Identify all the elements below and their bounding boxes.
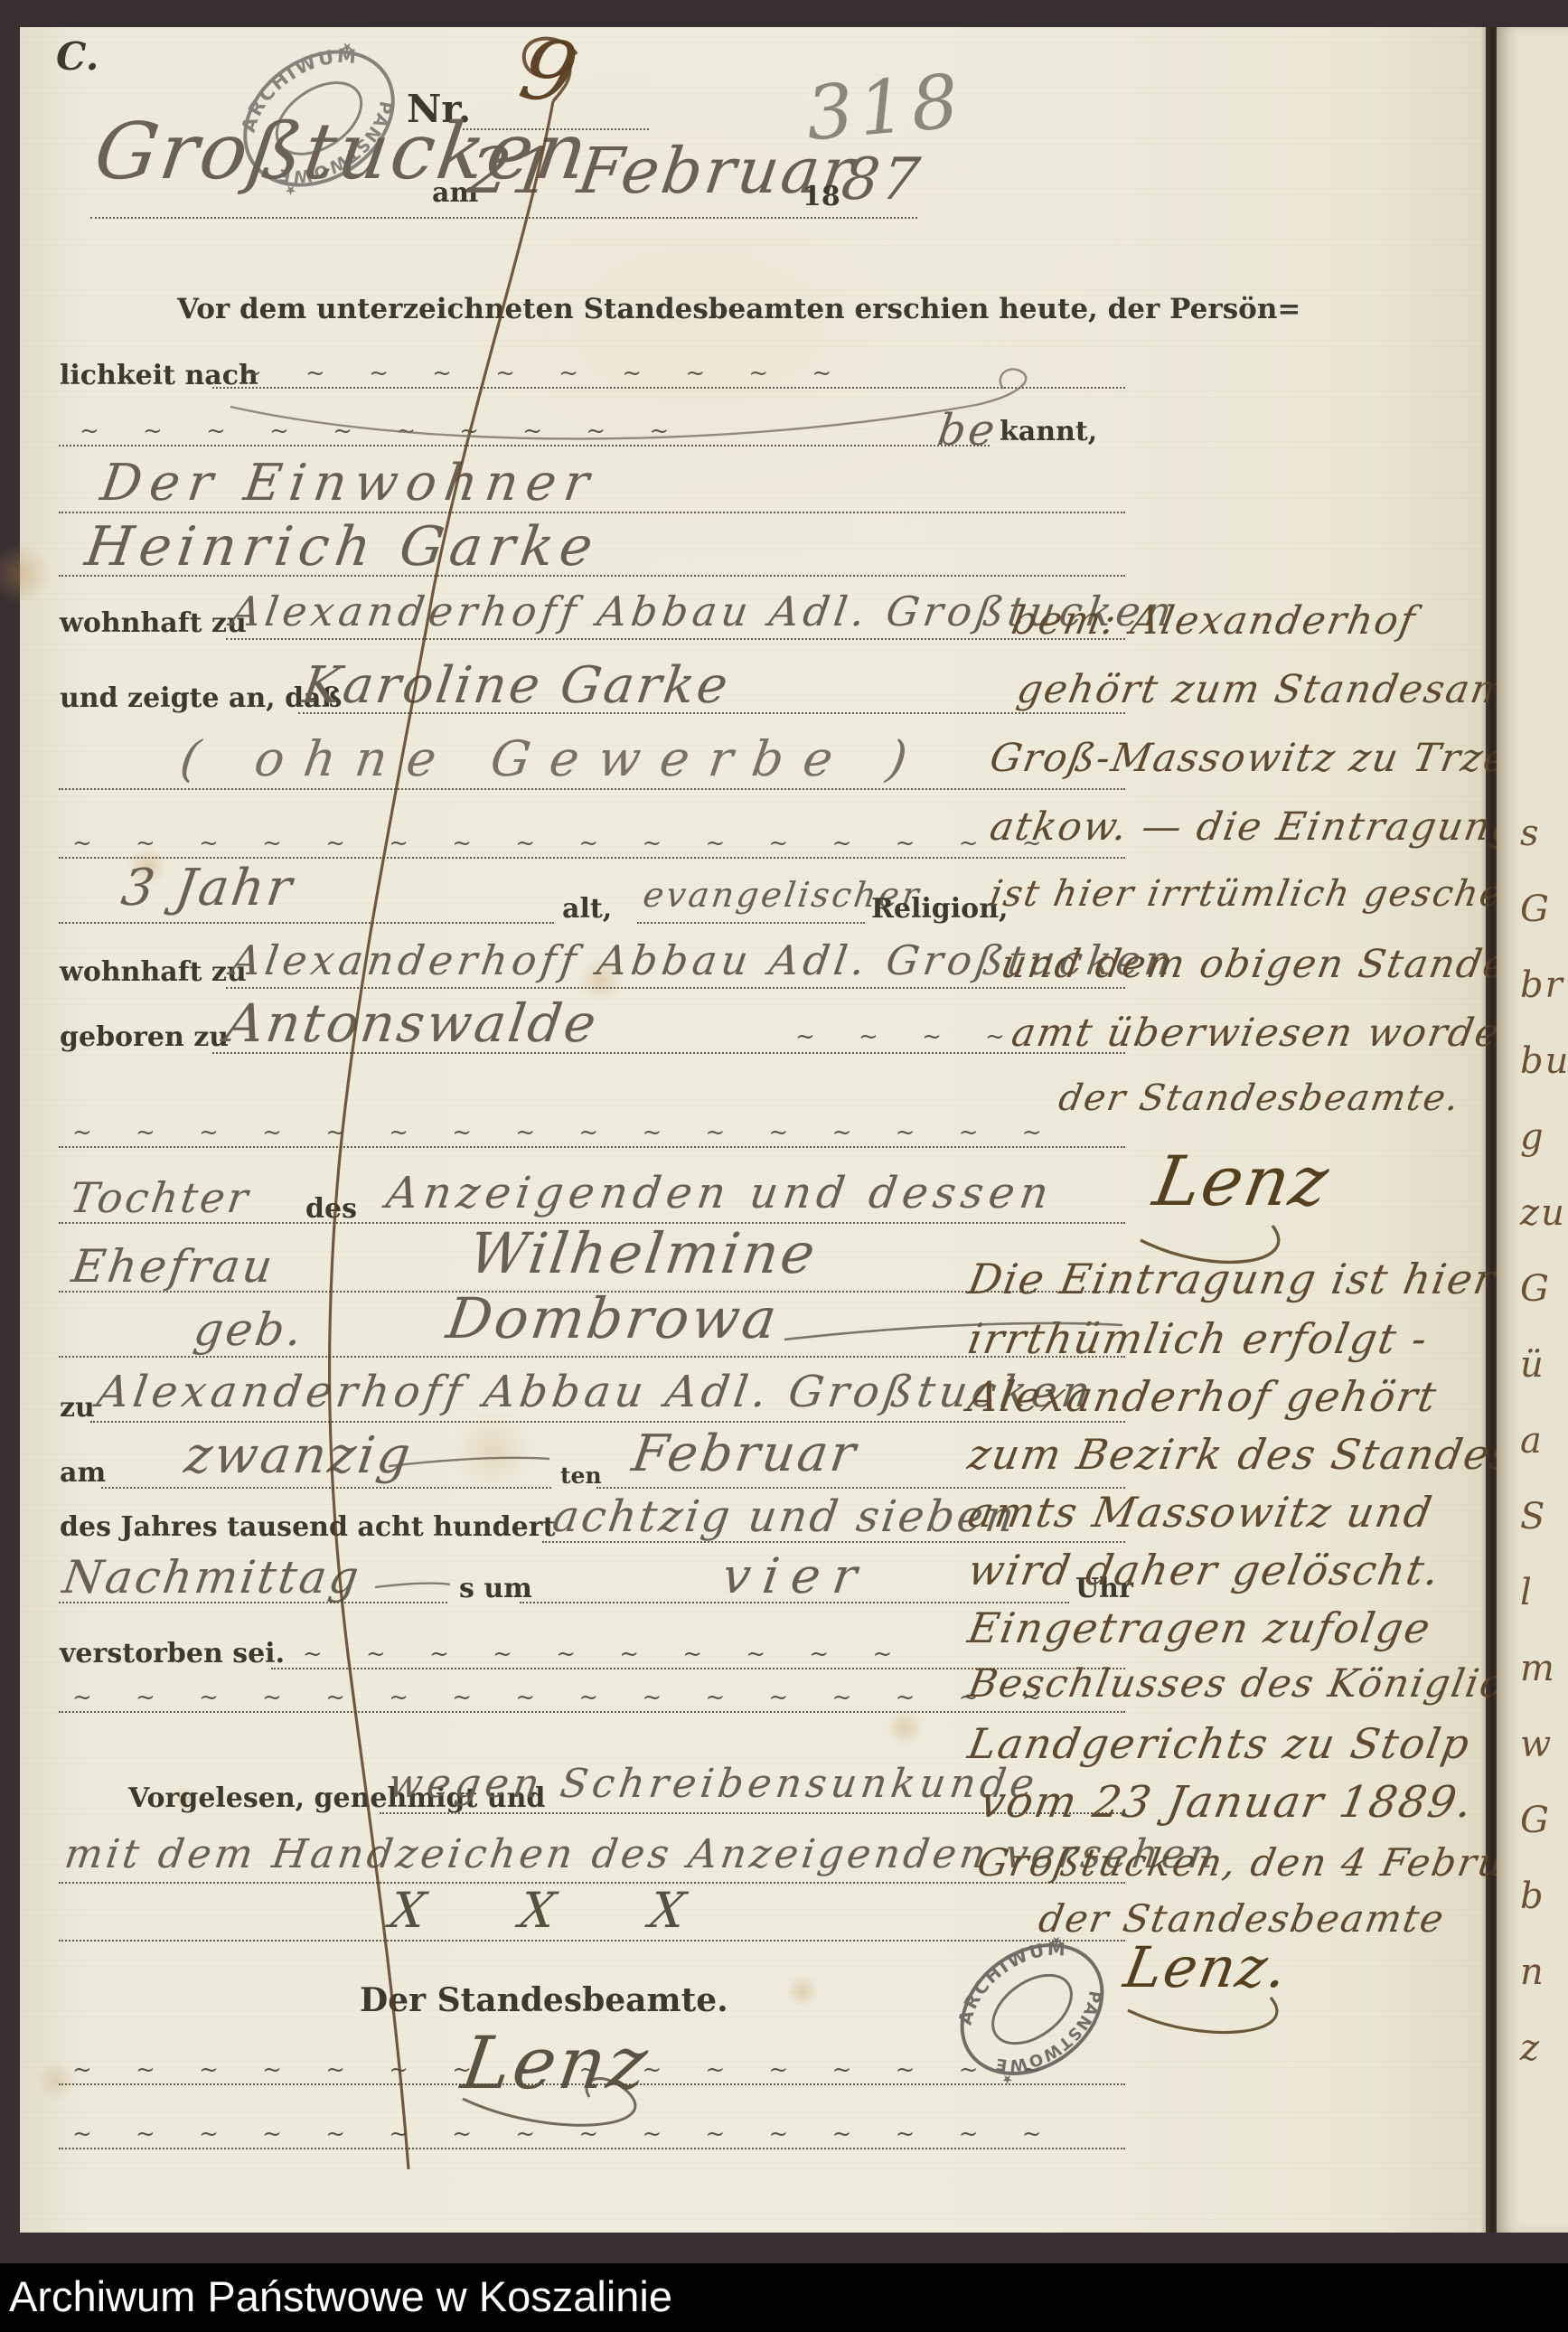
- deceased-occupation: ( ohne Gewerbe ): [177, 730, 931, 787]
- margin-note1-line: der Standesbeamte.: [1056, 1077, 1464, 1119]
- death-daytime: Nachmittag: [60, 1551, 364, 1603]
- des-label: des: [305, 1193, 357, 1225]
- ditto-marks: ~ ~ ~ ~ ~ ~ ~ ~ ~ ~ ~ ~ ~ ~ ~ ~: [72, 2056, 1060, 2083]
- jahres-label: des Jahres tausend acht hundert: [60, 1511, 555, 1543]
- death-year: achtzig und sieben: [549, 1491, 1019, 1542]
- death-hour: vier: [719, 1547, 873, 1604]
- ditto-marks: ~ ~ ~ ~ ~ ~ ~ ~ ~ ~: [80, 418, 687, 445]
- ruled-line: [90, 1421, 1125, 1423]
- ditto-marks: ~ ~ ~ ~ ~ ~ ~ ~ ~ ~: [242, 360, 850, 387]
- deceased-name: Karoline Garke: [298, 656, 734, 715]
- next-page-text-fragments: s G br bu g zu G ü a S l m w G b n z: [1520, 795, 1568, 2086]
- ditto-marks: ~ ~ ~ ~ ~ ~ ~ ~ ~ ~ ~ ~ ~ ~ ~ ~: [72, 1684, 1060, 1711]
- deceased-age: 3 Jahr: [117, 859, 297, 917]
- ten-label: ten: [560, 1462, 602, 1489]
- deceased-birthplace: Antonswalde: [221, 992, 602, 1054]
- wohnhaft2-label: wohnhaft zu: [60, 956, 247, 988]
- hand-marks: X X X: [387, 1882, 729, 1939]
- margin-note1-line: amt überwiesen worden.: [1009, 1011, 1545, 1056]
- margin-note1-line: gehört zum Standesamt: [1014, 667, 1531, 712]
- ruled-line: [59, 788, 1125, 790]
- intro-line1: Vor dem unterzeichneten Standesbeamten e…: [177, 293, 1300, 325]
- ditto-marks: ~ ~ ~ ~ ~ ~ ~ ~ ~ ~ ~ ~ ~ ~ ~ ~: [72, 1119, 1060, 1146]
- declarant-title: Der Einwohner: [97, 454, 600, 512]
- ruled-line: [90, 217, 917, 219]
- mother-name: Wilhelmine: [465, 1220, 822, 1286]
- death-place: Alexanderhoff Abbau Adl. Großtucken: [94, 1367, 1097, 1417]
- margin-note2-line: irrthümlich erfolgt -: [964, 1314, 1432, 1363]
- ruled-line: [542, 1541, 1125, 1543]
- next-page-edge: s G br bu g zu G ü a S l m w G b n z: [1497, 27, 1568, 2233]
- ruled-line: [59, 1602, 447, 1603]
- ruled-line: [226, 638, 1125, 640]
- alt-label: alt,: [562, 893, 612, 925]
- maiden-name: Dombrowa: [443, 1285, 784, 1351]
- margin-note2-signature: Lenz.: [1120, 1934, 1294, 2000]
- margin-note2-line: Die Eintragung ist hier: [964, 1255, 1500, 1303]
- ruled-line: [226, 987, 1125, 989]
- ruled-line: [101, 1487, 551, 1489]
- margin-note2-line: vom 23 Januar 1889.: [976, 1777, 1478, 1828]
- ruled-line: [59, 1146, 1125, 1148]
- ditto-marks: ~ ~ ~ ~: [795, 1023, 1023, 1050]
- um-label: s um: [459, 1573, 532, 1604]
- wohnhaft-label: wohnhaft zu: [60, 607, 247, 639]
- ruled-line: [59, 2148, 1125, 2149]
- ruled-line: [59, 1940, 1125, 1942]
- form-letter: C.: [56, 34, 99, 79]
- ruled-line: [212, 387, 1125, 389]
- archive-caption-bar: Archiwum Państwowe w Koszalinie: [0, 2263, 1568, 2332]
- archive-caption: Archiwum Państwowe w Koszalinie: [0, 2263, 1568, 2330]
- margin-note2-line: Landgerichts zu Stolp: [964, 1719, 1474, 1768]
- ruled-line: [212, 1052, 1125, 1054]
- ditto-marks: ~ ~ ~ ~ ~ ~ ~ ~ ~ ~ ~ ~ ~ ~ ~ ~: [72, 2120, 1060, 2148]
- zu-label: zu: [60, 1392, 95, 1424]
- margin-note1-line: bem: Alexanderhof: [1009, 598, 1421, 644]
- ruled-line: [59, 922, 554, 924]
- page-gutter: [1480, 27, 1497, 2233]
- ditto-marks: ~ ~ ~ ~ ~ ~ ~ ~ ~ ~: [303, 1641, 910, 1668]
- declarant-name: Heinrich Garke: [81, 515, 603, 578]
- margin-note2-line: Großtucken, den 4 Februar 1889: [974, 1840, 1568, 1885]
- ruled-line: [59, 2083, 1125, 2085]
- kannt-label: kannt,: [1000, 416, 1097, 447]
- ruled-line: [59, 1711, 1125, 1713]
- verstorben-label: verstorben sei.: [60, 1638, 285, 1669]
- entry-year: 87: [838, 146, 926, 213]
- tochter-handwritten: Tochter: [67, 1173, 253, 1222]
- scanned-document: C. Nr. 9 318 ARCHIWUM PAŃSTWOWE ★ ★ Groß…: [0, 0, 1568, 2332]
- parent-handwritten: Anzeigenden und dessen: [383, 1168, 1056, 1218]
- margin-note1-signature: Lenz: [1148, 1141, 1336, 1221]
- ditto-marks: ~ ~ ~ ~ ~ ~ ~ ~ ~ ~ ~ ~ ~ ~ ~ ~: [72, 830, 1060, 857]
- am2-label: am: [60, 1457, 106, 1489]
- ruled-line: [59, 512, 1125, 513]
- geb-handwritten: geb.: [191, 1303, 308, 1356]
- bekannt-handwritten: be: [934, 405, 1000, 456]
- margin-note1-line: atkow. — die Eintragung: [987, 804, 1523, 850]
- official-label: Der Standesbeamte.: [360, 1981, 728, 2019]
- death-day: zwanzig: [181, 1426, 416, 1485]
- ruled-line: [637, 922, 865, 924]
- ehefrau-handwritten: Ehefrau: [69, 1240, 278, 1293]
- margin-note2-line: wird daher gelöscht.: [964, 1546, 1444, 1594]
- margin-note2-line: Alexanderhof gehört: [964, 1372, 1441, 1421]
- margin-note2-line: Eingetragen zufolge: [964, 1603, 1435, 1652]
- year-printed: 18: [803, 181, 840, 212]
- ruled-line: [59, 445, 990, 447]
- geboren-label: geboren zu: [60, 1021, 229, 1053]
- margin-note2-line: amts Massowitz und: [964, 1488, 1437, 1537]
- ruled-line: [298, 712, 1125, 714]
- margin-note2-line: Beschlusses des Königlichen: [965, 1661, 1568, 1707]
- death-month: Februar: [628, 1425, 861, 1483]
- margin-note2-line: zum Bezirk des Standes=: [964, 1430, 1554, 1479]
- entry-date: 21 Februar: [465, 134, 860, 208]
- vorgelesen-handwritten: wegen Schreibensunkunde: [385, 1761, 1041, 1807]
- ruled-line: [59, 575, 1125, 577]
